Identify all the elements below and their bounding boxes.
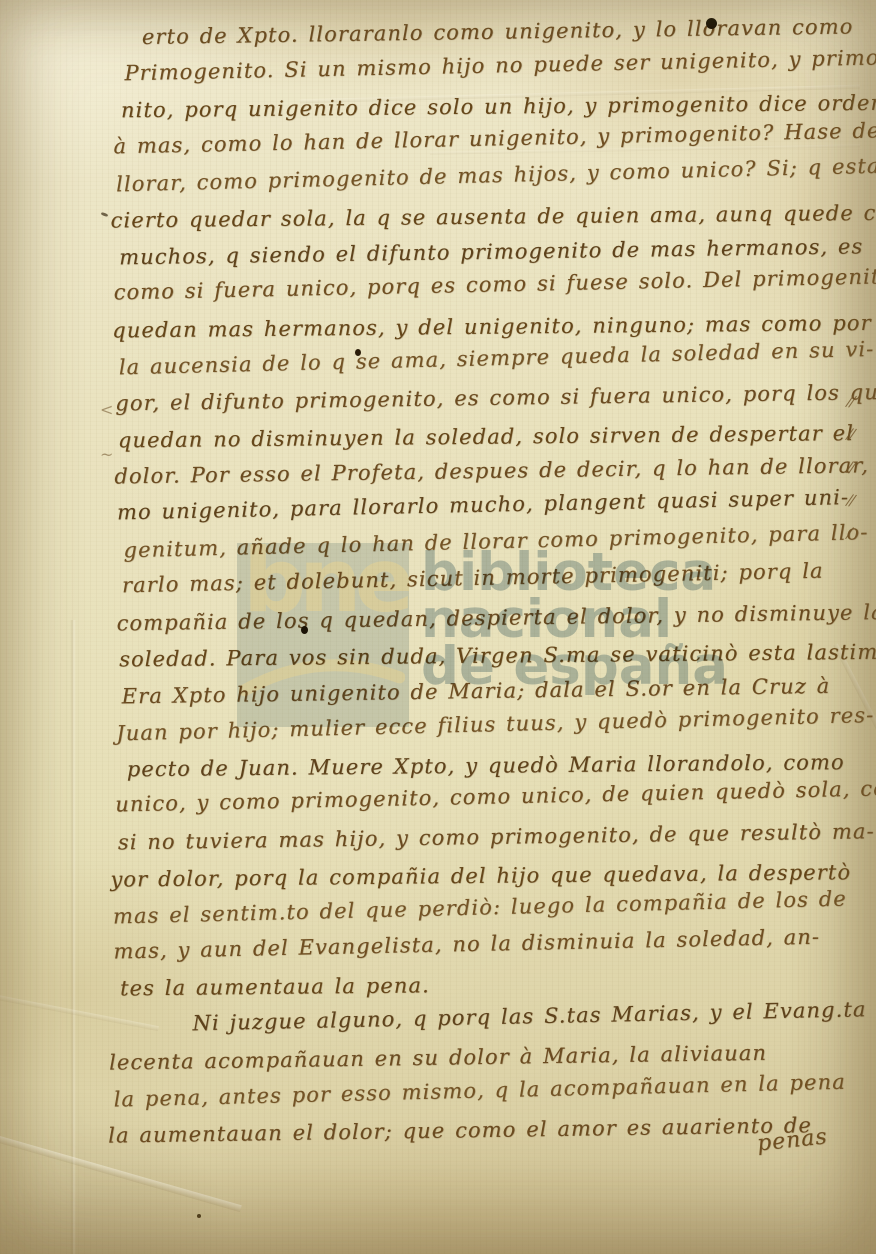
manuscript-line: soledad. Para vos sin duda, Virgen S.ma …	[119, 634, 867, 678]
margin-mark: //	[846, 425, 855, 444]
manuscript-line: quedan no disminuyen la soledad, solo si…	[118, 414, 864, 458]
margin-mark: <	[100, 400, 113, 419]
margin-mark: //	[846, 392, 855, 411]
margin-mark: //	[846, 458, 855, 477]
margin-mark: //	[846, 491, 855, 510]
ink-spot	[706, 18, 717, 29]
manuscript-line: cierto quedar sola, la q se ausenta de q…	[110, 195, 860, 239]
ink-spot	[197, 1214, 201, 1218]
left-margin-marks: < ~	[100, 400, 113, 464]
right-margin-marks: /////////	[847, 392, 853, 542]
manuscript-page: erto de Xpto. lloraranlo como unigenito,…	[0, 0, 876, 1254]
margin-mark: ~	[100, 445, 113, 464]
manuscript-text: erto de Xpto. lloraranlo como unigenito,…	[90, 8, 875, 1154]
margin-mark: /	[846, 524, 855, 543]
ink-spot	[355, 349, 361, 356]
ink-spot	[301, 626, 308, 634]
paper-crease	[70, 620, 76, 1254]
